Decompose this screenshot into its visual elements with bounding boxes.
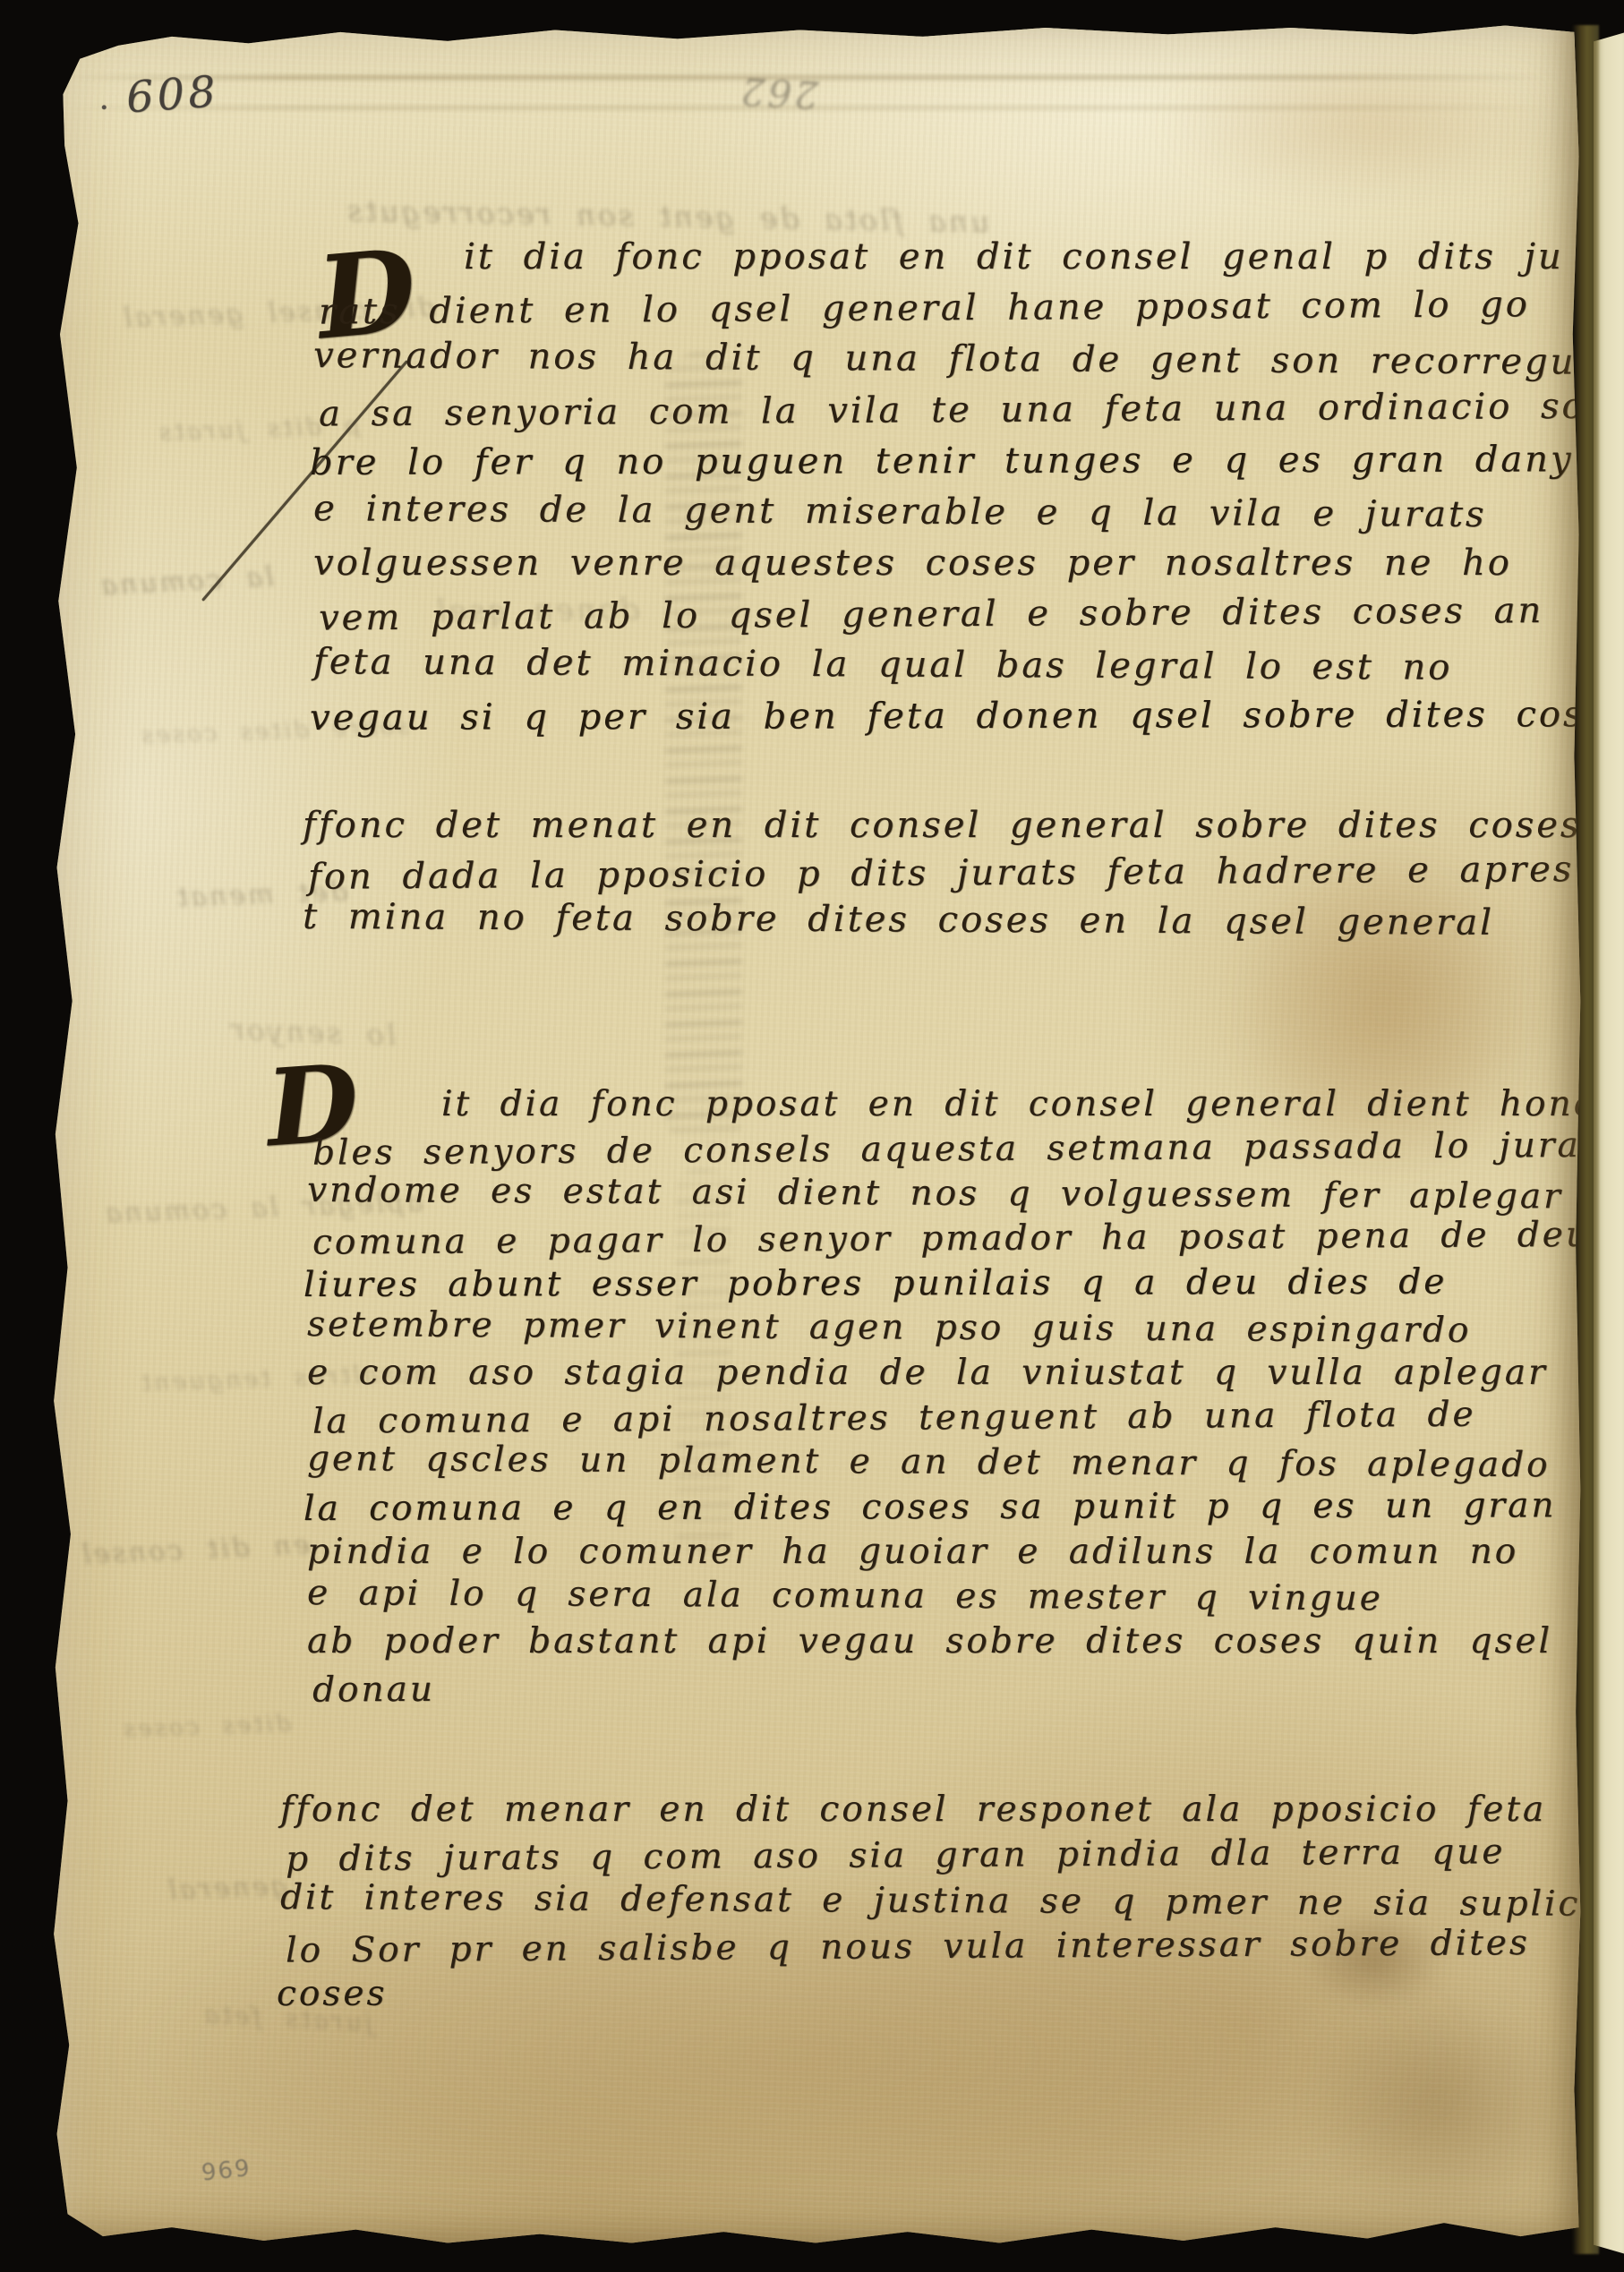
text-line: pindia e lo comuner ha guoiar e adiluns … (307, 1530, 1624, 1575)
folio-number-top: 608 (124, 70, 220, 119)
stain (1159, 50, 1580, 202)
text-line: vegau si q per sia ben feta donen qsel s… (310, 689, 1624, 744)
folio-number-bottom: 969 (201, 2157, 252, 2185)
text-line: p dits jurats q com aso sia gran pindia … (286, 1828, 1624, 1882)
text-line: vndome es estat asi dient nos q volguess… (307, 1168, 1624, 1220)
text-line: feta una det minacio la qual bas legral … (313, 636, 1624, 695)
text-line: it dia fonc pposat en dit consel general… (307, 1082, 1624, 1127)
text-line: volguessen venre aquestes coses per nosa… (313, 538, 1624, 589)
paragraph-4: ffonc det menar en dit consel responet a… (280, 1787, 1620, 2015)
text-line: coses (277, 1968, 1617, 2017)
text-line: bles senyors de consels aquesta setmana … (312, 1123, 1624, 1175)
text-line: dit interes sia defensat e justina se q … (280, 1875, 1620, 1927)
text-line: la comuna e api nosaltres tenguent ab un… (312, 1391, 1624, 1444)
text-line: vem parlat ab lo qsel general e sobre di… (319, 585, 1624, 644)
text-line: t mina no feta sobre dites coses en la q… (303, 893, 1624, 948)
text-line: e com aso stagia pendia de la vniustat q… (307, 1351, 1624, 1396)
manuscript-page: 608 262 969 una flota de gent son recorr… (49, 23, 1582, 2245)
bleedthrough-line: general (165, 1871, 288, 1907)
bleedthrough-line: la comuna (98, 561, 274, 602)
text-line: e interes de la gent miserable e q la vi… (313, 483, 1624, 542)
folio-number-top-text: 608 (124, 66, 220, 123)
text-line: gent qscles un plament e an det menar q … (307, 1437, 1624, 1489)
text-line: fon dada la pposicio p dits jurats feta … (308, 845, 1624, 901)
text-line: rats dient en lo qsel general hane pposa… (319, 278, 1624, 337)
text-line: lo Sor pr en salisbe q nous vula interes… (286, 1919, 1624, 1973)
text-line: setembre pmer vinent agen pso guis una e… (307, 1303, 1624, 1354)
text-line: donau (312, 1660, 1624, 1713)
text-line: ffonc det menat en dit consel general so… (303, 802, 1624, 850)
bleedthrough-line: en dit consel (79, 1529, 310, 1570)
text-line: ab poder bastant api vegau sobre dites c… (307, 1619, 1624, 1664)
manuscript-scan: { "folio": { "number_top_left": "608", "… (0, 0, 1624, 2272)
text-line: e api lo q sera ala comuna es mester q v… (307, 1571, 1624, 1623)
bleedthrough-line: dites coses (121, 1711, 292, 1744)
text-line: bre lo fer q no puguen tenir tunges e q … (310, 434, 1624, 489)
text-line: ffonc det menar en dit consel responet a… (280, 1787, 1620, 1832)
text-line: la comuna e q en dites coses sa punit p … (303, 1483, 1624, 1532)
paragraph-3: it dia fonc pposat en dit consel general… (307, 1082, 1624, 1709)
text-line: liures abunt esser pobres punilais q a d… (303, 1260, 1624, 1308)
text-line: vernador nos ha dit q una flota de gent … (313, 330, 1624, 389)
stain (1307, 1988, 1576, 2221)
text-line: a sa senyoria com la vila te una feta un… (319, 380, 1624, 440)
text-line: it dia fonc pposat en dit consel genal p… (313, 232, 1624, 283)
text-line: comuna e pagar lo senyor pmador ha posat… (312, 1212, 1624, 1265)
paragraph-2: ffonc det menat en dit consel general so… (303, 802, 1624, 944)
paragraph-1: it dia fonc pposat en dit consel genal p… (313, 232, 1624, 742)
bleedthrough-folio-number: 262 (738, 72, 819, 114)
